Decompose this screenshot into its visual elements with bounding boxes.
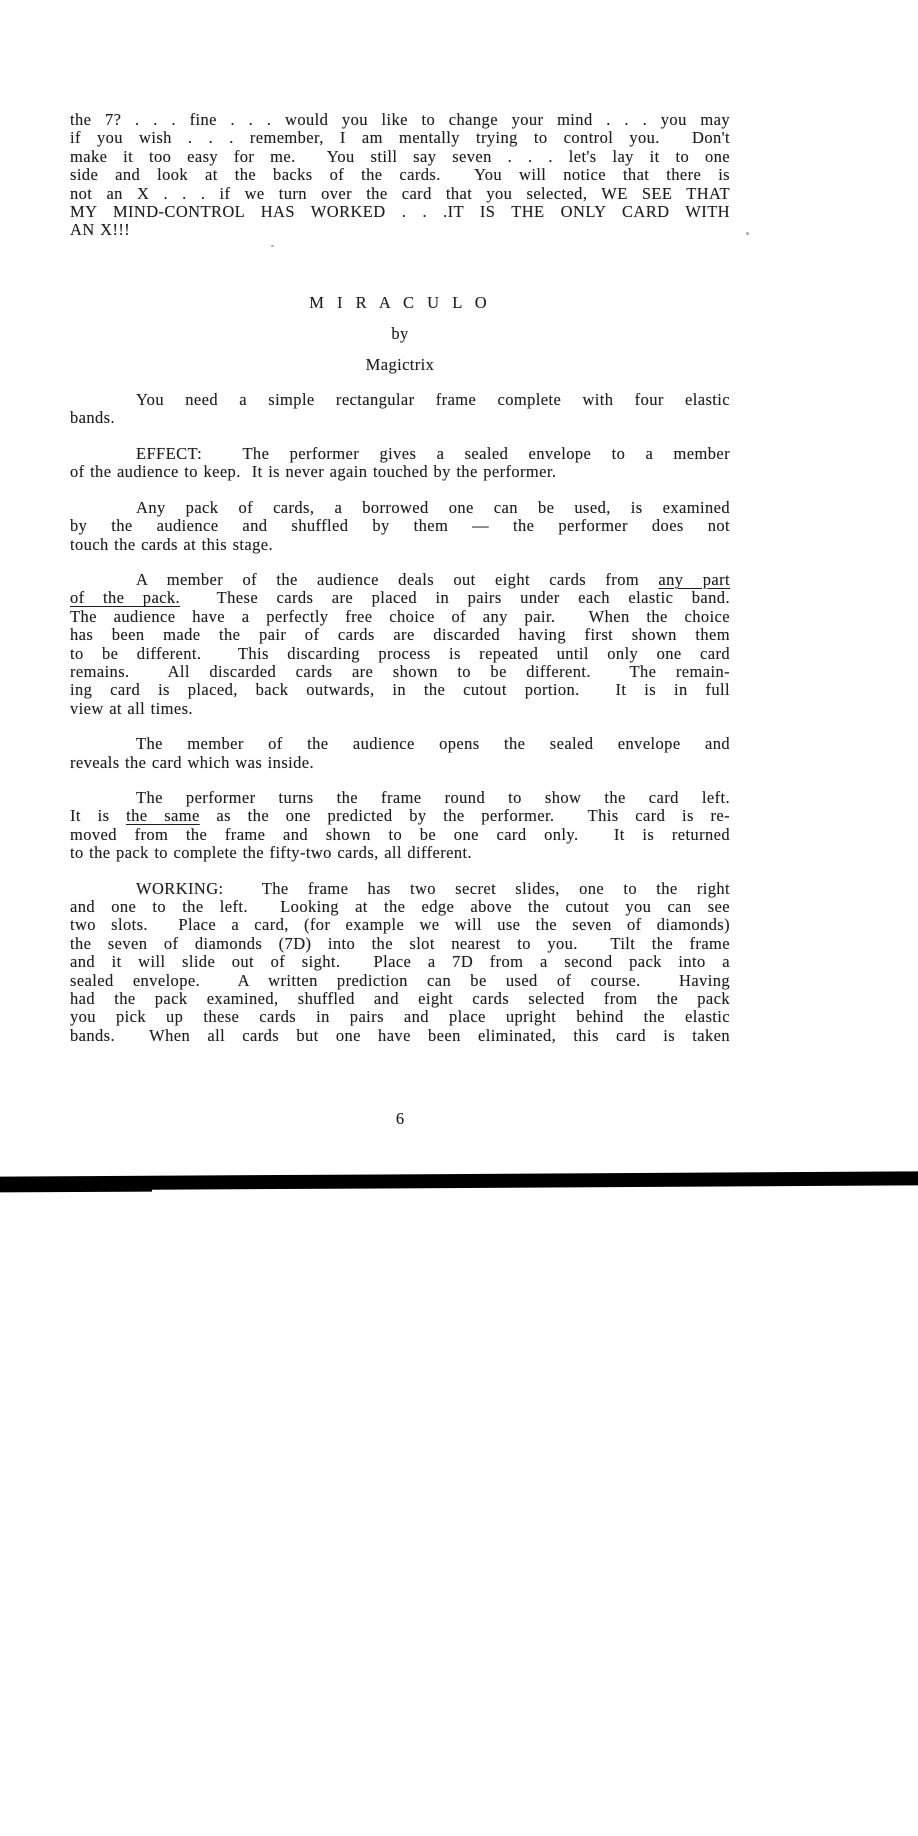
paragraph: Any pack of cards, a borrowed one can be… [70, 499, 730, 554]
text-line: EFFECT: The performer gives a sealed env… [70, 445, 730, 463]
text-line: two slots. Place a card, (for example we… [70, 916, 730, 934]
page-number: 6 [70, 1110, 730, 1128]
text-line: by [70, 325, 730, 343]
text-line: You need a simple rectangular frame comp… [70, 391, 730, 409]
text-line: of the pack. These cards are placed in p… [70, 589, 730, 607]
text-line: MY MIND-CONTROL HAS WORKED . . .IT IS TH… [70, 203, 730, 221]
text-line: moved from the frame and shown to be one… [70, 826, 730, 844]
text-line: The performer turns the frame round to s… [70, 789, 730, 807]
text-line: The member of the audience opens the sea… [70, 735, 730, 753]
text-line: the seven of diamonds (7D) into the slot… [70, 935, 730, 953]
byline: by [70, 325, 730, 343]
text-line: the 7? . . . fine . . . would you like t… [70, 111, 730, 129]
scanned-page: the 7? . . . fine . . . would you like t… [0, 0, 918, 1836]
paragraph: the 7? . . . fine . . . would you like t… [70, 111, 730, 240]
text-line: It is the same as the one predicted by t… [70, 807, 730, 825]
text-line: remains. All discarded cards are shown t… [70, 663, 730, 681]
text-line: M I R A C U L O [70, 294, 730, 312]
text-line: Any pack of cards, a borrowed one can be… [70, 499, 730, 517]
text-line: reveals the card which was inside. [70, 754, 730, 772]
document-title: M I R A C U L O [70, 294, 730, 312]
author-name: Magictrix [70, 356, 730, 374]
text-line: side and look at the backs of the cards.… [70, 166, 730, 184]
text-line: touch the cards at this stage. [70, 536, 730, 554]
text-line: and one to the left. Looking at the edge… [70, 898, 730, 916]
paragraph: A member of the audience deals out eight… [70, 571, 730, 718]
text-line: AN X!!! [70, 221, 730, 239]
text-line: you pick up these cards in pairs and pla… [70, 1008, 730, 1026]
text-line: if you wish . . . remember, I am mentall… [70, 129, 730, 147]
text-line: ing card is placed, back outwards, in th… [70, 681, 730, 699]
document-body: the 7? . . . fine . . . would you like t… [70, 111, 730, 1045]
text-line: Magictrix [70, 356, 730, 374]
scan-speck [271, 245, 274, 247]
text-line: The audience have a perfectly free choic… [70, 608, 730, 626]
text-line: bands. [70, 409, 730, 427]
scan-speck [746, 232, 749, 235]
text-line: make it too easy for me. You still say s… [70, 148, 730, 166]
text-line: to the pack to complete the fifty-two ca… [70, 844, 730, 862]
text-line: had the pack examined, shuffled and eigh… [70, 990, 730, 1008]
paragraph: You need a simple rectangular frame comp… [70, 391, 730, 428]
underlined-text: of the pack. [70, 588, 180, 607]
underlined-text: any part [658, 570, 730, 589]
paragraph: The performer turns the frame round to s… [70, 789, 730, 863]
text-line: of the audience to keep. It is never aga… [70, 463, 730, 481]
underlined-text: the same [126, 806, 200, 825]
text-line: and it will slide out of sight. Place a … [70, 953, 730, 971]
redaction-bar-stub [0, 1185, 152, 1193]
text-line: WORKING: The frame has two secret slides… [70, 880, 730, 898]
paragraph: EFFECT: The performer gives a sealed env… [70, 445, 730, 482]
paragraph: The member of the audience opens the sea… [70, 735, 730, 772]
text-line: to be different. This discarding process… [70, 645, 730, 663]
text-line: by the audience and shuffled by them — t… [70, 517, 730, 535]
text-line: not an X . . . if we turn over the card … [70, 185, 730, 203]
text-line: bands. When all cards but one have been … [70, 1027, 730, 1045]
text-line: sealed envelope. A written prediction ca… [70, 972, 730, 990]
text-line: A member of the audience deals out eight… [70, 571, 730, 589]
text-line: view at all times. [70, 700, 730, 718]
paragraph: WORKING: The frame has two secret slides… [70, 880, 730, 1046]
text-line: has been made the pair of cards are disc… [70, 626, 730, 644]
